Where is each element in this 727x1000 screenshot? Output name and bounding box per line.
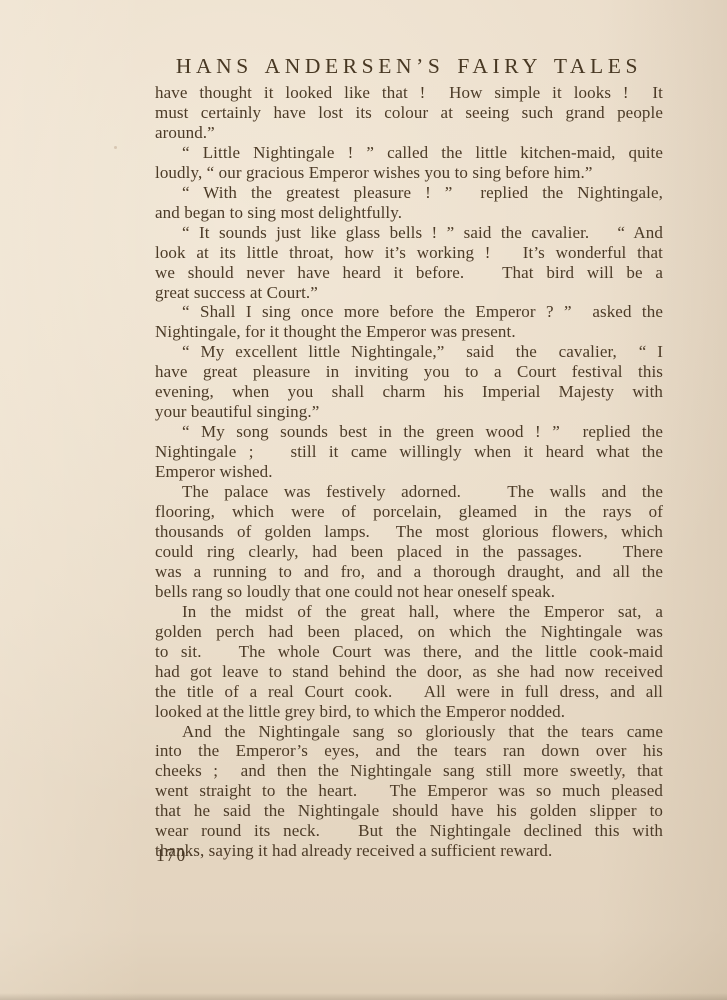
text-line: “ With the greatest pleasure ! ” replied… — [155, 183, 663, 203]
paragraph: The palace was festively adorned. The wa… — [155, 482, 663, 602]
text-line: Emperor wished. — [155, 462, 663, 482]
text-line: had got leave to stand behind the door, … — [155, 662, 663, 682]
paragraph: “ My song sounds best in the green wood … — [155, 422, 663, 482]
text-line: Nightingale ; still it came willingly wh… — [155, 442, 663, 462]
text-line: looked at the little grey bird, to which… — [155, 702, 663, 722]
paragraph: “ My excellent little Nightingale,” said… — [155, 342, 663, 422]
text-line: and began to sing most delightfully. — [155, 203, 663, 223]
paragraph: “ With the greatest pleasure ! ” replied… — [155, 183, 663, 223]
text-line: thousands of golden lamps. The most glor… — [155, 522, 663, 542]
text-line: have great pleasure in inviting you to a… — [155, 362, 663, 382]
paragraph: “ It sounds just like glass bells ! ” sa… — [155, 223, 663, 303]
text-line: went straight to the heart. The Emperor … — [155, 781, 663, 801]
text-line: your beautiful singing.” — [155, 402, 663, 422]
text-line: wear round its neck. But the Nightingale… — [155, 821, 663, 841]
text-line: to sit. The whole Court was there, and t… — [155, 642, 663, 662]
paragraph: “ Shall I sing once more before the Empe… — [155, 302, 663, 342]
text-line: “ It sounds just like glass bells ! ” sa… — [155, 223, 663, 243]
book-page: HANS ANDERSEN’S FAIRY TALES have thought… — [0, 0, 727, 1000]
paragraph: In the midst of the great hall, where th… — [155, 602, 663, 722]
text-line: golden perch had been placed, on which t… — [155, 622, 663, 642]
text-line: that he said the Nightingale should have… — [155, 801, 663, 821]
text-line: flooring, which were of porcelain, gleam… — [155, 502, 663, 522]
paragraph: have thought it looked like that ! How s… — [155, 83, 663, 143]
text-line: thanks, saying it had already received a… — [155, 841, 663, 861]
paper-fleck — [114, 146, 117, 149]
text-line: into the Emperor’s eyes, and the tears r… — [155, 741, 663, 761]
text-line: could ring clearly, had been placed in t… — [155, 542, 663, 562]
text-line: must certainly have lost its colour at s… — [155, 103, 663, 123]
text-line: we should never have heard it before. Th… — [155, 263, 663, 283]
running-header: HANS ANDERSEN’S FAIRY TALES — [150, 54, 668, 79]
text-line: was a running to and fro, and a thorough… — [155, 562, 663, 582]
paragraph: “ Little Nightingale ! ” called the litt… — [155, 143, 663, 183]
text-line: And the Nightingale sang so gloriously t… — [155, 722, 663, 742]
text-line: “ Little Nightingale ! ” called the litt… — [155, 143, 663, 163]
page-text: have thought it looked like that ! How s… — [155, 83, 663, 861]
text-line: Nightingale, for it thought the Emperor … — [155, 322, 663, 342]
text-line: In the midst of the great hall, where th… — [155, 602, 663, 622]
paragraph: And the Nightingale sang so gloriously t… — [155, 722, 663, 862]
text-line: “ My excellent little Nightingale,” said… — [155, 342, 663, 362]
text-line: have thought it looked like that ! How s… — [155, 83, 663, 103]
page-number: 170 — [156, 845, 187, 866]
text-line: the title of a real Court cook. All were… — [155, 682, 663, 702]
text-line: around.” — [155, 123, 663, 143]
text-line: “ Shall I sing once more before the Empe… — [155, 302, 663, 322]
text-line: cheeks ; and then the Nightingale sang s… — [155, 761, 663, 781]
text-line: evening, when you shall charm his Imperi… — [155, 382, 663, 402]
text-line: look at its little throat, how it’s work… — [155, 243, 663, 263]
text-line: The palace was festively adorned. The wa… — [155, 482, 663, 502]
text-line: great success at Court.” — [155, 283, 663, 303]
text-line: loudly, “ our gracious Emperor wishes yo… — [155, 163, 663, 183]
text-line: “ My song sounds best in the green wood … — [155, 422, 663, 442]
text-line: bells rang so loudly that one could not … — [155, 582, 663, 602]
